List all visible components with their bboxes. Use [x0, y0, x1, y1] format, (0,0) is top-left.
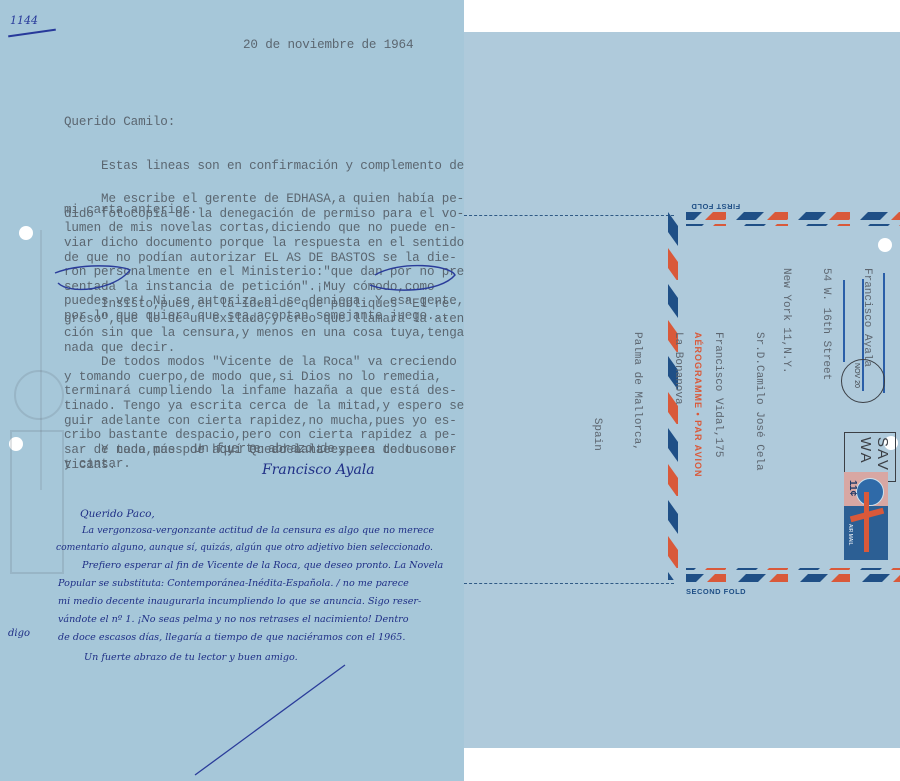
first-fold-line	[464, 215, 674, 216]
handwritten-line: vándote el nº 1. ¡No seas pelma y no nos…	[58, 614, 409, 625]
letter-closing: Un fuerte abrazo de	[194, 442, 335, 457]
handwritten-greeting: Querido Paco,	[80, 508, 155, 520]
reference-number: 1144	[10, 14, 38, 27]
handwritten-line: de doce escasos días, llegaría a tiempo …	[58, 632, 405, 643]
postage-stamp: 11¢ AIR MAIL	[844, 472, 888, 560]
handwritten-line: Prefiero esperar al fin de Vicente de la…	[82, 560, 443, 571]
second-fold-line	[464, 583, 674, 584]
margin-note: digo	[8, 628, 30, 639]
handwritten-line: mi medio decente inaugurarla incumpliend…	[58, 596, 421, 607]
handwritten-line: comentario alguno, aunque sí, quizás, al…	[56, 542, 433, 553]
letter-salutation: Querido Camilo:	[64, 115, 175, 130]
handwritten-line: Popular se substituta: Contemporánea-Iné…	[58, 578, 409, 589]
letter-date: 20 de noviembre de 1964	[243, 38, 413, 53]
letter-page: 1144 20 de noviembre de 1964 Querido Cam…	[0, 0, 464, 781]
pen-annotation-strokes	[0, 255, 470, 315]
signature: Francisco Ayala	[262, 462, 375, 478]
handwritten-line: La vergonzosa-vergonzante actitud de la …	[82, 525, 434, 536]
recipient-address: Sr.D.Camilo José Cela Francisco Vidal,17…	[563, 332, 793, 471]
paragraph-5: Y nada más por hoy. Quedo a la espera de…	[64, 414, 457, 502]
pen-stroke	[190, 660, 350, 780]
punch-hole	[19, 226, 33, 240]
second-fold-label: SECOND FOLD	[686, 587, 746, 596]
show-through-postmark	[14, 370, 64, 420]
underline-mark	[8, 29, 56, 38]
address-rule	[843, 280, 845, 362]
aerogramme-page: FIRST FOLD SECOND FOLD AÉROGRAMME • PAR …	[464, 32, 900, 748]
postmark: NOV 20	[841, 359, 885, 403]
